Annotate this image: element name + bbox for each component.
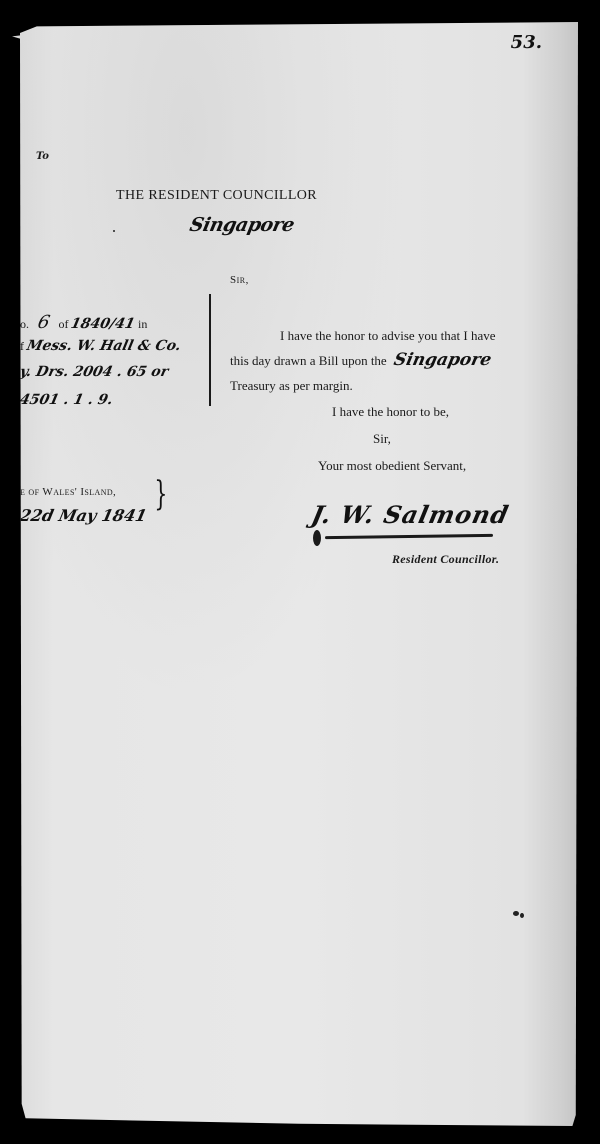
- in-label: in: [138, 317, 147, 331]
- paper-speck: [513, 911, 519, 916]
- handwritten-issue-date: 22d May 1841: [18, 506, 149, 525]
- issue-date: 22d May 1841: [20, 506, 147, 525]
- body-line-3: Treasury as per margin.: [230, 373, 550, 398]
- signature-title: Resident Councillor.: [392, 552, 499, 567]
- payee-name: Mess. W. Hall & Co.: [25, 338, 182, 354]
- signature: J. W. Salmond: [312, 500, 509, 529]
- document-page: 53. To THE RESIDENT COUNCILLOR Singapore…: [20, 22, 578, 1126]
- ink-blot: [313, 530, 321, 546]
- page-number: 53.: [511, 32, 542, 53]
- closing-line-3: Your most obedient Servant,: [318, 458, 466, 474]
- addressee-place: Singapore: [190, 214, 294, 236]
- margin-divider-line: [209, 294, 211, 406]
- bill-year: 1840/41: [70, 316, 137, 332]
- paper-speck: [113, 230, 115, 232]
- favour-prefix: f: [20, 339, 24, 353]
- place-of-issue: e of Wales' Island,: [20, 486, 116, 498]
- closing-line-2: Sir,: [373, 431, 391, 447]
- letter-body: I have the honor to advise you that I ha…: [230, 323, 550, 398]
- body-line-1: I have the honor to advise you that I ha…: [230, 323, 550, 348]
- addressee-title: THE RESIDENT COUNCILLOR: [116, 188, 317, 204]
- brace-glyph: }: [154, 474, 167, 514]
- handwritten-addressee-place: Singapore: [188, 214, 297, 236]
- scan-frame: 53. To THE RESIDENT COUNCILLOR Singapore…: [0, 0, 600, 1144]
- of-label: of: [58, 317, 68, 331]
- body-line-2: this day drawn a Bill upon the Singapore: [230, 348, 550, 373]
- amount-dollars: y. Drs. 2004 . 65 or: [18, 364, 169, 380]
- margin-rupee-line: 4501 . 1 . 9.: [20, 392, 113, 408]
- margin-bill-number-line: o. 6 of 1840/41 in: [20, 312, 147, 333]
- paper-speck: [520, 913, 524, 918]
- handwritten-treasury-place: Singapore: [391, 348, 493, 373]
- margin-payee-line: f Mess. W. Hall & Co.: [20, 338, 181, 354]
- salutation: Sir,: [230, 274, 249, 286]
- bill-no-prefix: o.: [20, 317, 29, 331]
- margin-amount-line: y. Drs. 2004 . 65 or: [20, 364, 168, 380]
- closing-line-1: I have the honor to be,: [332, 404, 449, 420]
- amount-rupees: 4501 . 1 . 9.: [18, 392, 114, 408]
- signature-text: J. W. Salmond: [309, 500, 512, 529]
- signature-underline: [325, 534, 493, 539]
- to-label: To: [36, 151, 49, 162]
- bill-number: 6: [36, 312, 52, 333]
